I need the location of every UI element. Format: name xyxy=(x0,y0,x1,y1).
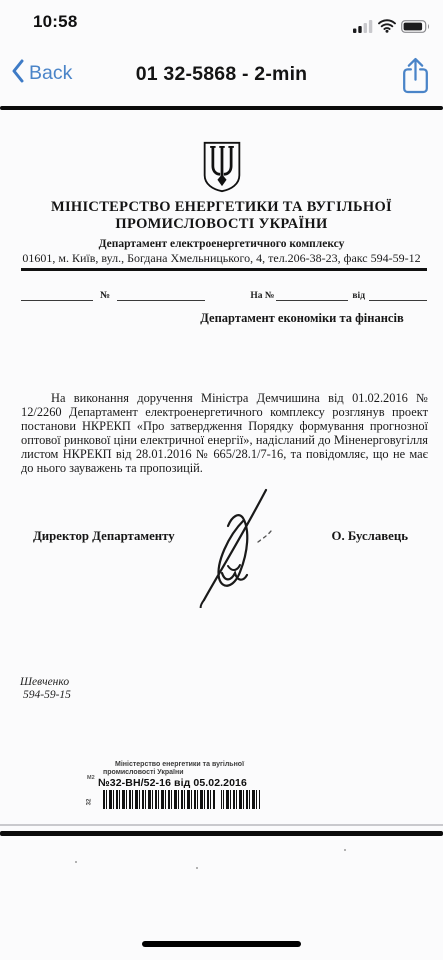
ref-date-blank xyxy=(21,289,93,301)
ref-no-label: № xyxy=(93,290,117,301)
executor-name: Шевченко xyxy=(20,676,71,689)
stamp-org-line1: Міністерство енергетики та вугільної xyxy=(115,761,272,768)
scan-page-top-edge xyxy=(0,106,443,110)
handwritten-signature xyxy=(186,478,276,613)
executor-phone: 594-59-15 xyxy=(20,689,71,702)
back-button[interactable]: Back xyxy=(11,59,72,88)
iphone-screen: 10:58 xyxy=(0,0,443,960)
ukraine-trident-emblem-icon xyxy=(201,140,243,199)
battery-icon xyxy=(401,20,430,38)
scan-speck xyxy=(196,867,198,869)
barcode xyxy=(103,790,260,809)
scan-speck xyxy=(344,849,346,851)
scan-page-bottom-light-edge xyxy=(0,824,443,826)
document-title: 01 32-5868 - 2-min xyxy=(90,63,353,86)
ministry-name-line1: МІНІСТЕРСТВО ЕНЕРГЕТИКИ ТА ВУГІЛЬНОЇ xyxy=(0,199,443,216)
ref-incoming-number-blank xyxy=(276,289,348,301)
letterhead-rule xyxy=(21,268,427,271)
scan-page-bottom-edge xyxy=(0,831,443,836)
letter-body: На виконання доручення Міністра Демчишин… xyxy=(21,392,428,475)
department-name: Департамент електроенергетичного комплек… xyxy=(0,238,443,250)
stamp-margin-code-side: 32 xyxy=(86,799,92,806)
share-button[interactable] xyxy=(400,57,431,99)
ref-na-label: На № xyxy=(250,291,276,301)
address-line: 01601, м. Київ, вул., Богдана Хмельницьк… xyxy=(0,251,443,266)
ministry-name-line2: ПРОМИСЛОВОСТІ УКРАЇНИ xyxy=(0,216,443,233)
scan-speck xyxy=(75,861,77,863)
status-time: 10:58 xyxy=(33,12,77,32)
wifi-icon xyxy=(378,19,396,38)
status-icons xyxy=(353,19,430,38)
reference-fields-row: № На № від xyxy=(21,287,427,301)
stamp-registration-number: №32-ВН/52-16 від 05.02.2016 xyxy=(98,777,272,789)
ref-incoming-date-blank xyxy=(369,289,427,301)
signer-name: О. Буславець xyxy=(332,529,409,544)
executor-block: Шевченко 594-59-15 xyxy=(20,676,71,702)
signer-title: Директор Департаменту xyxy=(33,529,175,544)
back-chevron-icon xyxy=(11,59,24,88)
home-indicator[interactable] xyxy=(142,941,301,947)
ref-number-blank xyxy=(117,289,205,301)
stamp-org-line2: промисловості України xyxy=(103,769,272,776)
addressee: Департамент економіки та фінансів xyxy=(198,311,406,326)
back-button-label: Back xyxy=(29,62,72,85)
cellular-signal-icon xyxy=(353,20,373,38)
share-icon xyxy=(400,81,431,98)
ref-vid-label: від xyxy=(348,291,369,301)
registration-stamp: М2 32 Міністерство енергетики та вугільн… xyxy=(87,761,272,809)
stamp-margin-code-top: М2 xyxy=(87,775,95,781)
